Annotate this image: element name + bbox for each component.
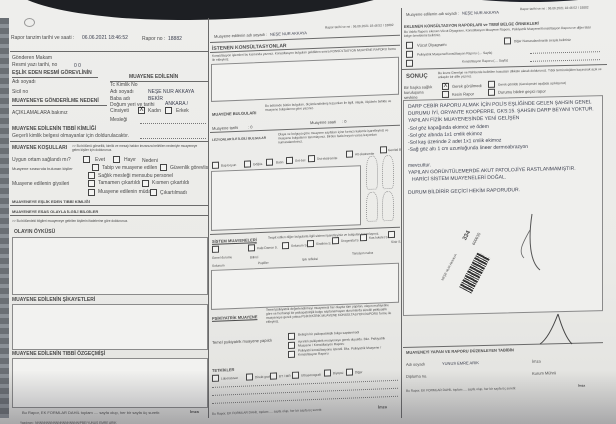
report-sheet: Rapor tanzim tarihi ve saati : 06.06.202… — [0, 0, 616, 424]
signature-icon — [0, 0, 616, 424]
